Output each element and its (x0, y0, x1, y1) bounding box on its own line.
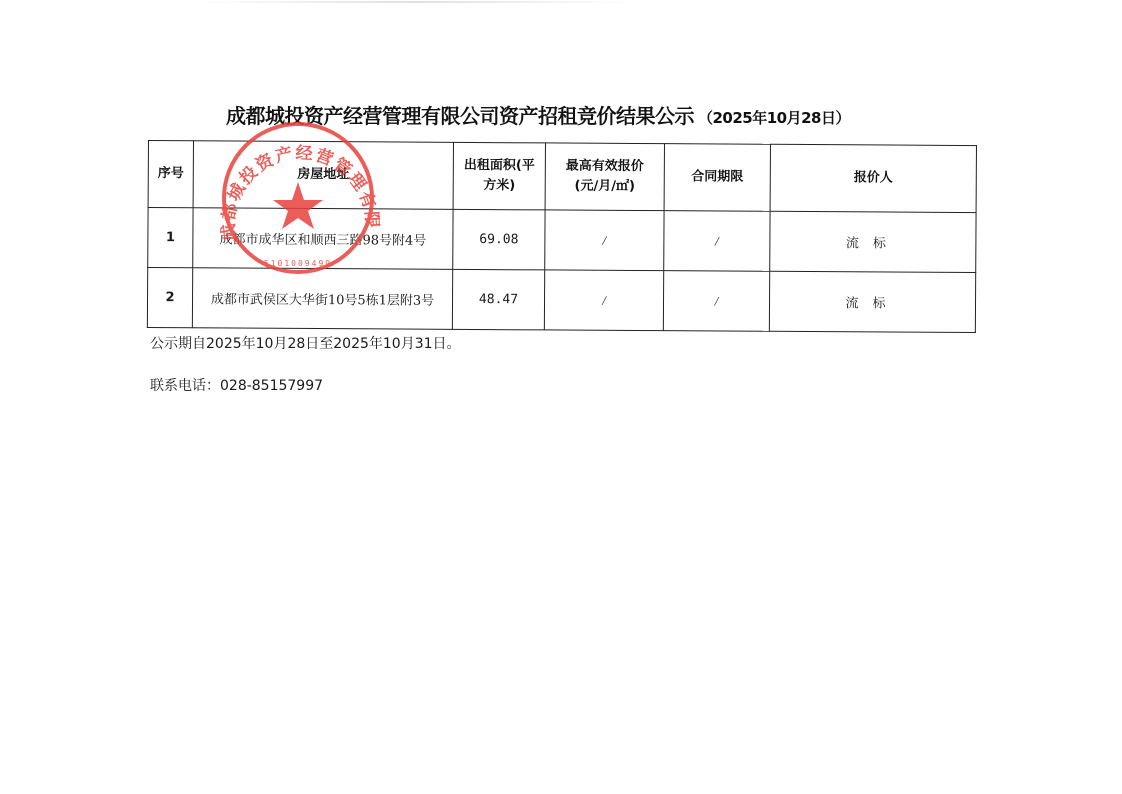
title-date: （2025年10月28日） (698, 109, 850, 127)
cell-term: / (664, 211, 770, 272)
cell-bidder: 流标 (769, 271, 975, 332)
contact-phone-note: 联系电话：028-85157997 (150, 375, 323, 395)
publicity-period-note: 公示期自2025年10月28日至2025年10月31日。 (150, 333, 461, 353)
header-address: 房屋地址 (193, 141, 453, 210)
table-row: 2 成都市武侯区大华街10号5栋1层附3号 48.47 / / 流标 (147, 268, 975, 333)
table-row: 1 成都市成华区和顺西三路98号附4号 69.08 / / 流标 (148, 208, 976, 273)
cell-address: 成都市成华区和顺西三路98号附4号 (193, 208, 453, 270)
cell-area: 48.47 (452, 269, 544, 330)
table-header-row: 序号 房屋地址 出租面积(平方米) 最高有效报价(元/月/㎡) 合同期限 报价人 (148, 141, 976, 213)
header-area: 出租面积(平方米) (453, 142, 545, 210)
cell-area: 69.08 (453, 209, 545, 270)
cell-term: / (663, 271, 769, 332)
header-bidder: 报价人 (770, 144, 976, 212)
header-seq: 序号 (148, 141, 193, 208)
title-text: 成都城投资产经营管理有限公司资产招租竞价结果公示 (226, 104, 694, 128)
scan-artifact-line (195, 1, 635, 3)
cell-top-bid: / (545, 210, 664, 271)
page-title: 成都城投资产经营管理有限公司资产招租竞价结果公示（2025年10月28日） (226, 100, 850, 129)
cell-bidder: 流标 (770, 211, 976, 272)
cell-top-bid: / (544, 270, 663, 331)
header-top-bid: 最高有效报价(元/月/㎡) (545, 143, 664, 211)
result-table: 序号 房屋地址 出租面积(平方米) 最高有效报价(元/月/㎡) 合同期限 报价人… (147, 140, 977, 333)
cell-seq: 2 (147, 268, 192, 328)
cell-address: 成都市武侯区大华街10号5栋1层附3号 (192, 268, 452, 330)
cell-seq: 1 (148, 208, 193, 268)
header-term: 合同期限 (664, 144, 770, 212)
